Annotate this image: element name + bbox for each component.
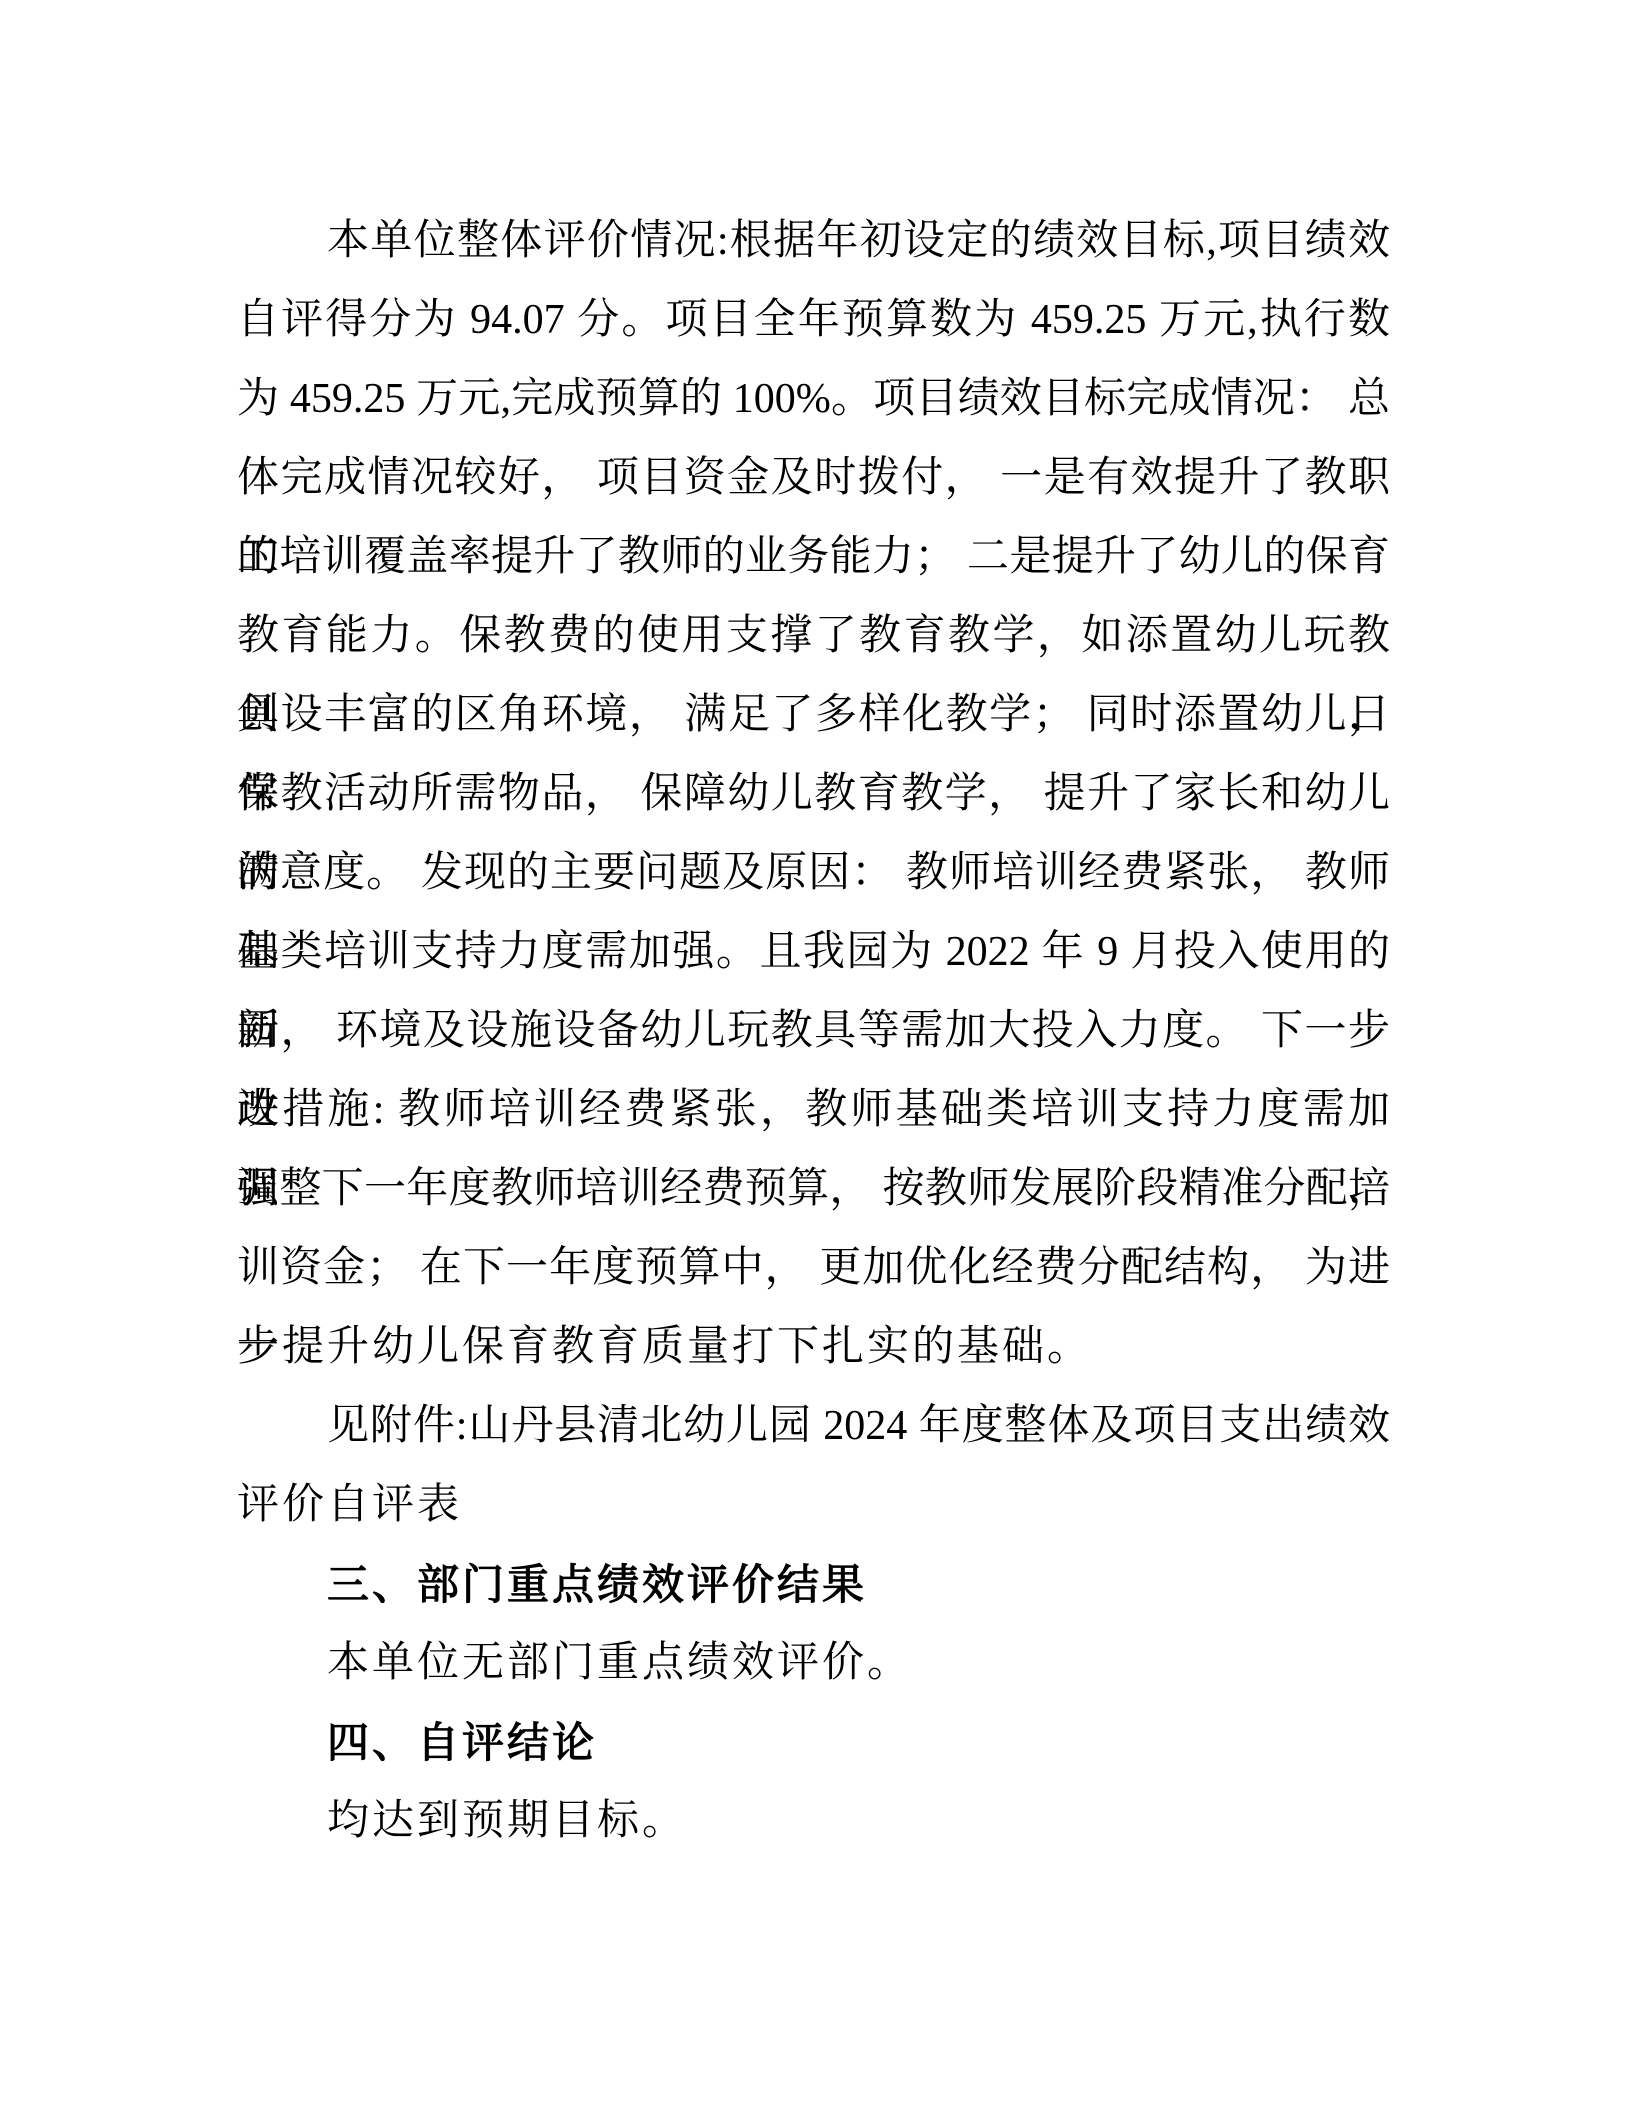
section-4-body: 均达到预期目标。 <box>237 1782 1390 1861</box>
overall-paragraph-line: 的培训覆盖率提升了教师的业务能力； 二是提升了幼儿的保育 <box>237 518 1390 597</box>
overall-paragraph-line: 本单位整体评价情况:根据年初设定的绩效目标,项目绩效 <box>237 202 1390 281</box>
overall-paragraph-line: 创设丰富的区角环境， 满足了多样化教学； 同时添置幼儿日常 <box>237 676 1390 755</box>
overall-paragraph-line: 训资金； 在下一年度预算中， 更加优化经费分配结构， 为进一 <box>237 1229 1390 1308</box>
attachment-note-line: 评价自评表 <box>237 1466 1390 1545</box>
section-3-heading: 三、部门重点绩效评价结果 <box>237 1545 1390 1624</box>
report-body: 本单位整体评价情况:根据年初设定的绩效目标,项目绩效 自评得分为 94.07 分… <box>237 202 1390 1861</box>
overall-paragraph-line: 保教活动所需物品， 保障幼儿教育教学， 提升了家长和幼儿的 <box>237 755 1390 834</box>
section-4-heading: 四、自评结论 <box>237 1703 1390 1782</box>
overall-paragraph-line: 为 459.25 万元,完成预算的 100%。项目绩效目标完成情况： 总 <box>237 360 1390 439</box>
overall-paragraph-line: 教育能力。保教费的使用支撑了教育教学，如添置幼儿玩教具， <box>237 597 1390 676</box>
overall-paragraph-line: 进措施: 教师培训经费紧张，教师基础类培训支持力度需加强， <box>237 1071 1390 1150</box>
document-page: 本单位整体评价情况:根据年初设定的绩效目标,项目绩效 自评得分为 94.07 分… <box>0 0 1632 2112</box>
overall-paragraph-line: 础类培训支持力度需加强。且我园为 2022 年 9 月投入使用的新 <box>237 913 1390 992</box>
overall-paragraph-line: 自评得分为 94.07 分。项目全年预算数为 459.25 万元,执行数 <box>237 281 1390 360</box>
attachment-note-line: 见附件:山丹县清北幼儿园 2024 年度整体及项目支出绩效 <box>237 1387 1390 1466</box>
overall-paragraph-line: 体完成情况较好， 项目资金及时拨付， 一是有效提升了教职工 <box>237 439 1390 518</box>
overall-paragraph-line: 步提升幼儿保育教育质量打下扎实的基础。 <box>237 1308 1390 1387</box>
overall-paragraph-line: 园， 环境及设施设备幼儿玩教具等需加大投入力度。 下一步改 <box>237 992 1390 1071</box>
section-3-body: 本单位无部门重点绩效评价。 <box>237 1624 1390 1703</box>
overall-paragraph-line: 调整下一年度教师培训经费预算， 按教师发展阶段精准分配培 <box>237 1150 1390 1229</box>
overall-paragraph-line: 满意度。 发现的主要问题及原因： 教师培训经费紧张， 教师基 <box>237 834 1390 913</box>
